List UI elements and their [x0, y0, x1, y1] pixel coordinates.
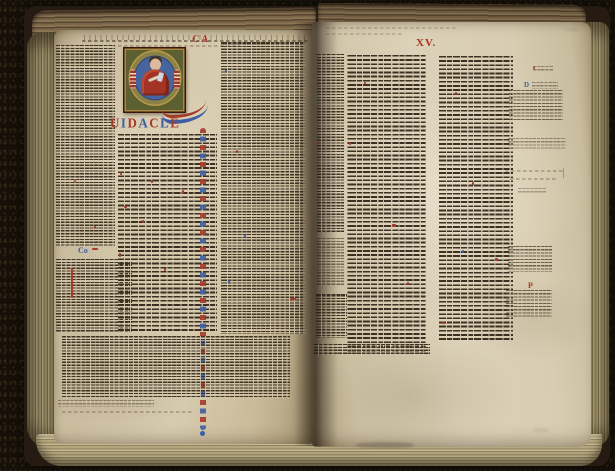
margin-cursive-note: [510, 178, 558, 180]
margin-initial-p: P: [528, 283, 533, 289]
bottom-smudge: [356, 442, 414, 448]
margin-initial-d: D: [524, 82, 529, 88]
portrait-robe: [142, 70, 169, 96]
display-word: UIDACLE: [110, 115, 180, 130]
display-letter: E: [170, 115, 180, 130]
running-title: CA: [192, 34, 211, 45]
gutter-gloss-strip: [317, 54, 344, 232]
gutter-gloss-strip-lower: [316, 294, 347, 338]
top-margin-annotation: [326, 27, 456, 29]
display-letter: C: [149, 115, 160, 130]
bottom-margin-annotation: [62, 411, 192, 413]
display-letter: D: [127, 115, 138, 130]
chapter-numeral: XV.: [416, 37, 436, 49]
gloss-column-right: [221, 42, 305, 334]
bottom-margin-note: [58, 400, 154, 407]
margin-note-block: [506, 290, 552, 317]
gloss-column-left: [56, 45, 115, 246]
folio-number-faint: [564, 28, 578, 31]
pen-flourish-terminal: [200, 431, 205, 436]
margin-cursive-note: [505, 170, 565, 172]
gutter-gloss-strip-lower: [317, 238, 344, 286]
margin-mark: Co: [78, 247, 88, 255]
top-margin-annotation: [326, 33, 404, 35]
left-page: CA Co UIDACLE: [54, 30, 312, 444]
margin-note-block: [509, 90, 563, 120]
column-tail-lines: [314, 344, 430, 355]
margin-note: [518, 188, 546, 194]
display-letter: A: [138, 115, 149, 130]
margin-note: [508, 138, 566, 149]
faint-mark: [533, 428, 549, 432]
display-letter: L: [160, 115, 170, 130]
manuscript-photo: CA Co UIDACLE: [0, 0, 615, 471]
margin-note-block: [508, 246, 552, 272]
bottom-gloss-block: [62, 336, 290, 398]
margin-note: [533, 66, 553, 72]
main-text-column-1: [347, 54, 426, 352]
initial-medallion: [130, 52, 180, 105]
paraph-mark: [92, 248, 98, 250]
display-letter: U: [110, 115, 121, 130]
initial-red-panel: [130, 70, 136, 90]
initial-red-panel: [174, 70, 180, 90]
main-text-column-2: [439, 54, 513, 340]
right-page: XV. D P: [312, 22, 591, 447]
margin-note: [532, 82, 558, 89]
